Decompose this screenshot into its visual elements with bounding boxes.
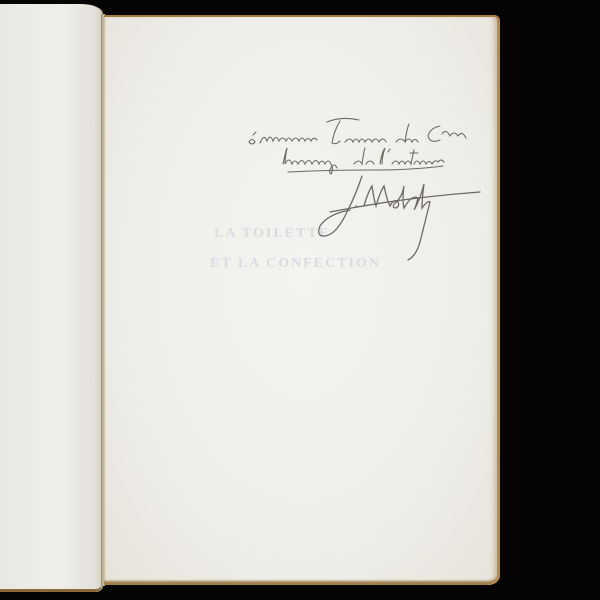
show-through-title-line2: ET LA CONFECTION bbox=[210, 256, 381, 272]
left-page bbox=[0, 4, 103, 592]
photo-background: LA TOILETTE ET LA CONFECTION · · · à Mon… bbox=[0, 0, 600, 600]
show-through-title-line1: LA TOILETTE bbox=[214, 226, 330, 242]
right-page bbox=[104, 15, 500, 585]
show-through-subtitle: · · · bbox=[232, 292, 256, 302]
